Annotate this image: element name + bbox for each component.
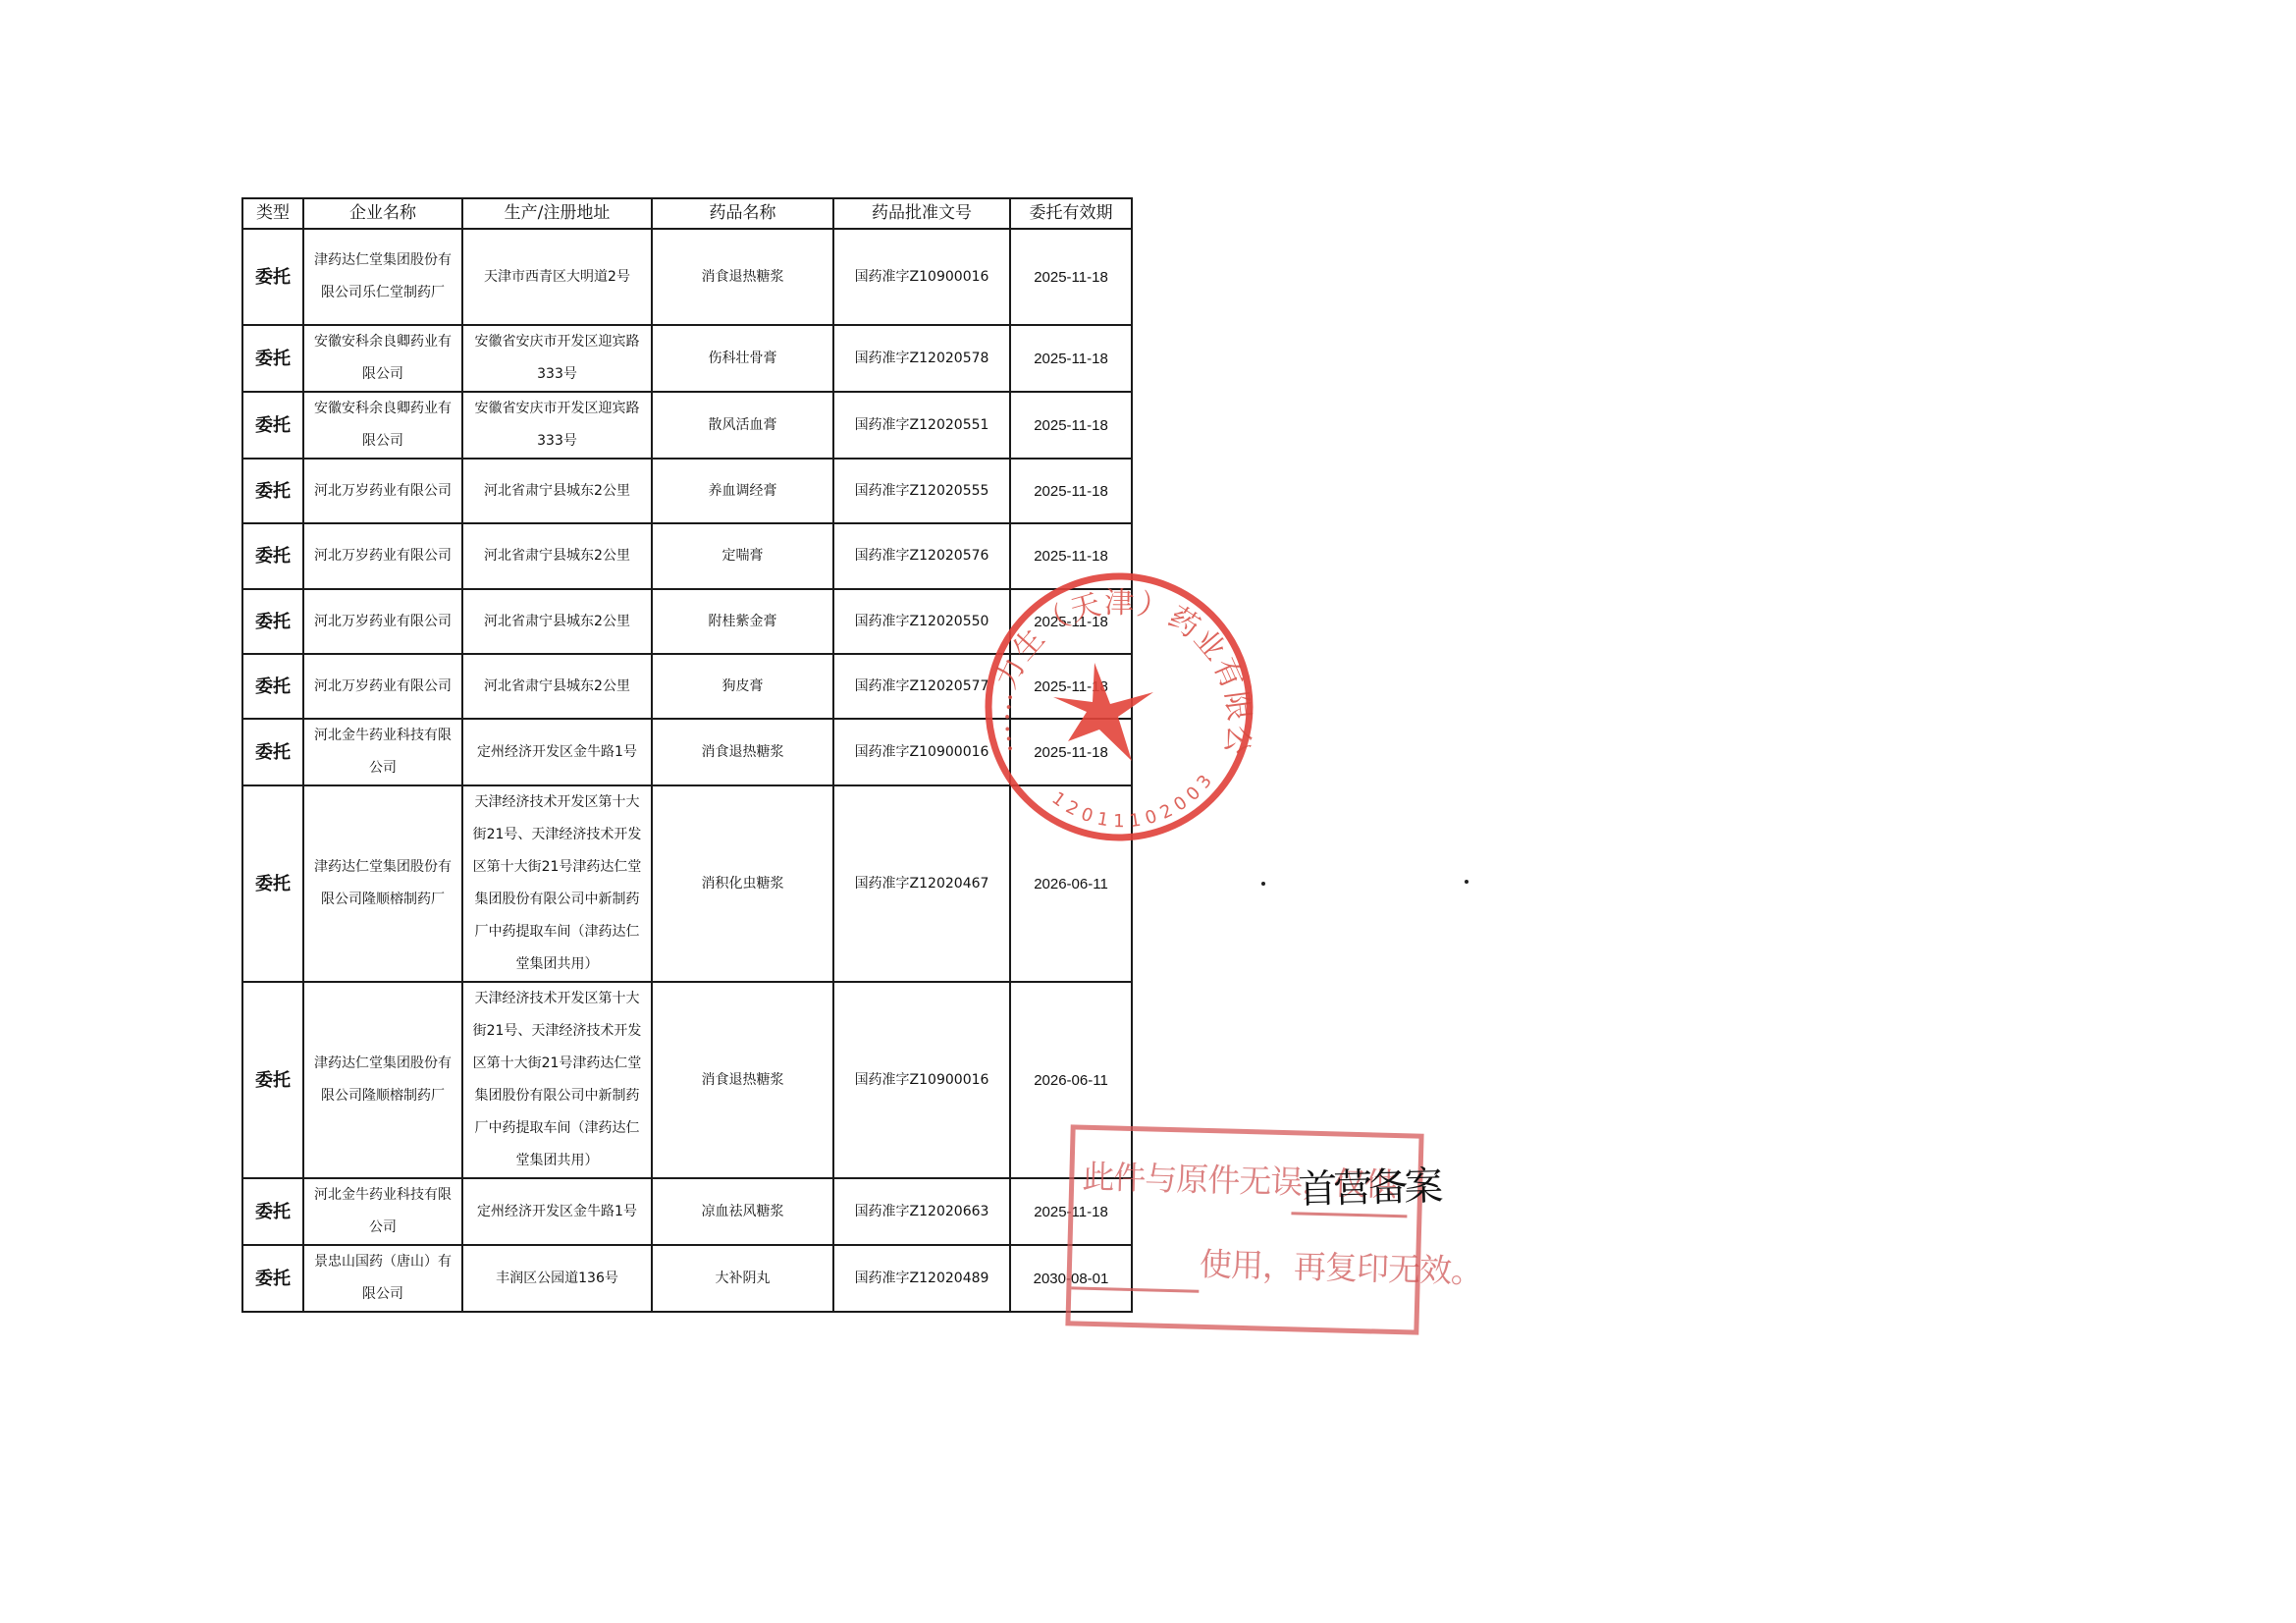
row-company: 河北万岁药业有限公司	[303, 589, 462, 654]
row-type: 委托	[242, 1178, 303, 1245]
row-type: 委托	[242, 459, 303, 523]
row-validity: 2025-11-18	[1010, 1178, 1132, 1245]
row-company: 河北金牛药业科技有限公司	[303, 1178, 462, 1245]
row-approval: 国药准字Z12020550	[833, 589, 1010, 654]
row-validity: 2025-11-18	[1010, 392, 1132, 459]
row-type: 委托	[242, 785, 303, 982]
table-row: 委托河北万岁药业有限公司河北省肃宁县城东2公里附桂紫金膏国药准字Z1202055…	[242, 589, 1132, 654]
row-address: 天津经济技术开发区第十大街21号、天津经济技术开发区第十大街21号津药达仁堂集团…	[462, 785, 652, 982]
row-company: 河北金牛药业科技有限公司	[303, 719, 462, 785]
row-drug: 养血调经膏	[652, 459, 833, 523]
row-address: 河北省肃宁县城东2公里	[462, 654, 652, 719]
row-approval: 国药准字Z10900016	[833, 982, 1010, 1178]
row-approval: 国药准字Z10900016	[833, 719, 1010, 785]
stamp-line-2: 使用，再复印无效。	[1200, 1239, 1483, 1293]
row-address: 河北省肃宁县城东2公里	[462, 589, 652, 654]
row-type: 委托	[242, 325, 303, 392]
row-approval: 国药准字Z12020489	[833, 1245, 1010, 1312]
table-row: 委托津药达仁堂集团股份有限公司隆顺榕制药厂天津经济技术开发区第十大街21号、天津…	[242, 785, 1132, 982]
row-approval: 国药准字Z12020578	[833, 325, 1010, 392]
table-row: 委托津药达仁堂集团股份有限公司乐仁堂制药厂天津市西青区大明道2号消食退热糖浆国药…	[242, 229, 1132, 325]
row-address: 天津经济技术开发区第十大街21号、天津经济技术开发区第十大街21号津药达仁堂集团…	[462, 982, 652, 1178]
row-company: 安徽安科余良卿药业有限公司	[303, 325, 462, 392]
row-company: 河北万岁药业有限公司	[303, 523, 462, 589]
row-drug: 散风活血膏	[652, 392, 833, 459]
row-validity: 2026-06-11	[1010, 785, 1132, 982]
row-type: 委托	[242, 719, 303, 785]
row-drug: 附桂紫金膏	[652, 589, 833, 654]
row-type: 委托	[242, 392, 303, 459]
row-validity: 2025-11-18	[1010, 589, 1132, 654]
header-type: 类型	[242, 198, 303, 229]
row-address: 天津市西青区大明道2号	[462, 229, 652, 325]
row-approval: 国药准字Z12020555	[833, 459, 1010, 523]
row-validity: 2025-11-18	[1010, 229, 1132, 325]
row-drug: 消食退热糖浆	[652, 719, 833, 785]
row-validity: 2025-11-18	[1010, 654, 1132, 719]
row-drug: 消食退热糖浆	[652, 229, 833, 325]
registration-table: 类型 企业名称 生产/注册地址 药品名称 药品批准文号 委托有效期 委托津药达仁…	[241, 197, 1133, 1313]
row-company: 津药达仁堂集团股份有限公司隆顺榕制药厂	[303, 982, 462, 1178]
row-company: 景忠山国药（唐山）有限公司	[303, 1245, 462, 1312]
row-validity: 2025-11-18	[1010, 719, 1132, 785]
row-validity: 2026-06-11	[1010, 982, 1132, 1178]
table-row: 委托河北万岁药业有限公司河北省肃宁县城东2公里狗皮膏国药准字Z120205772…	[242, 654, 1132, 719]
row-type: 委托	[242, 229, 303, 325]
row-drug: 消积化虫糖浆	[652, 785, 833, 982]
header-drug: 药品名称	[652, 198, 833, 229]
row-address: 河北省肃宁县城东2公里	[462, 459, 652, 523]
row-address: 丰润区公园道136号	[462, 1245, 652, 1312]
row-address: 安徽省安庆市开发区迎宾路333号	[462, 392, 652, 459]
header-approval: 药品批准文号	[833, 198, 1010, 229]
scan-speck	[1261, 882, 1265, 886]
row-drug: 大补阴丸	[652, 1245, 833, 1312]
row-drug: 伤科壮骨膏	[652, 325, 833, 392]
row-company: 津药达仁堂集团股份有限公司乐仁堂制药厂	[303, 229, 462, 325]
row-type: 委托	[242, 1245, 303, 1312]
table-row: 委托安徽安科余良卿药业有限公司安徽省安庆市开发区迎宾路333号散风活血膏国药准字…	[242, 392, 1132, 459]
stamp-handwritten-purpose: 首营备案	[1298, 1155, 1440, 1215]
table-row: 委托河北金牛药业科技有限公司定州经济开发区金牛路1号消食退热糖浆国药准字Z109…	[242, 719, 1132, 785]
row-address: 河北省肃宁县城东2公里	[462, 523, 652, 589]
row-type: 委托	[242, 654, 303, 719]
row-approval: 国药准字Z12020576	[833, 523, 1010, 589]
table-row: 委托津药达仁堂集团股份有限公司隆顺榕制药厂天津经济技术开发区第十大街21号、天津…	[242, 982, 1132, 1178]
row-approval: 国药准字Z12020577	[833, 654, 1010, 719]
row-company: 河北万岁药业有限公司	[303, 654, 462, 719]
row-drug: 凉血祛风糖浆	[652, 1178, 833, 1245]
document-page: 类型 企业名称 生产/注册地址 药品名称 药品批准文号 委托有效期 委托津药达仁…	[0, 0, 2296, 1623]
row-address: 定州经济开发区金牛路1号	[462, 1178, 652, 1245]
row-validity: 2025-11-18	[1010, 523, 1132, 589]
table-row: 委托河北万岁药业有限公司河北省肃宁县城东2公里养血调经膏国药准字Z1202055…	[242, 459, 1132, 523]
table-row: 委托河北万岁药业有限公司河北省肃宁县城东2公里定喘膏国药准字Z120205762…	[242, 523, 1132, 589]
row-validity: 2030-08-01	[1010, 1245, 1132, 1312]
row-validity: 2025-11-18	[1010, 459, 1132, 523]
scan-speck	[1465, 880, 1468, 884]
table-row: 委托河北金牛药业科技有限公司定州经济开发区金牛路1号凉血祛风糖浆国药准字Z120…	[242, 1178, 1132, 1245]
row-drug: 消食退热糖浆	[652, 982, 833, 1178]
row-type: 委托	[242, 589, 303, 654]
row-approval: 国药准字Z12020551	[833, 392, 1010, 459]
row-type: 委托	[242, 982, 303, 1178]
row-validity: 2025-11-18	[1010, 325, 1132, 392]
row-company: 安徽安科余良卿药业有限公司	[303, 392, 462, 459]
table-row: 委托安徽安科余良卿药业有限公司安徽省安庆市开发区迎宾路333号伤科壮骨膏国药准字…	[242, 325, 1132, 392]
row-approval: 国药准字Z12020467	[833, 785, 1010, 982]
row-company: 河北万岁药业有限公司	[303, 459, 462, 523]
row-approval: 国药准字Z10900016	[833, 229, 1010, 325]
header-address: 生产/注册地址	[462, 198, 652, 229]
stamp-underline-1	[1291, 1212, 1407, 1217]
row-approval: 国药准字Z12020663	[833, 1178, 1010, 1245]
header-company: 企业名称	[303, 198, 462, 229]
table-header-row: 类型 企业名称 生产/注册地址 药品名称 药品批准文号 委托有效期	[242, 198, 1132, 229]
row-company: 津药达仁堂集团股份有限公司隆顺榕制药厂	[303, 785, 462, 982]
header-validity: 委托有效期	[1010, 198, 1132, 229]
row-drug: 定喘膏	[652, 523, 833, 589]
row-address: 定州经济开发区金牛路1号	[462, 719, 652, 785]
row-address: 安徽省安庆市开发区迎宾路333号	[462, 325, 652, 392]
row-drug: 狗皮膏	[652, 654, 833, 719]
row-type: 委托	[242, 523, 303, 589]
table-row: 委托景忠山国药（唐山）有限公司丰润区公园道136号大补阴丸国药准字Z120204…	[242, 1245, 1132, 1312]
